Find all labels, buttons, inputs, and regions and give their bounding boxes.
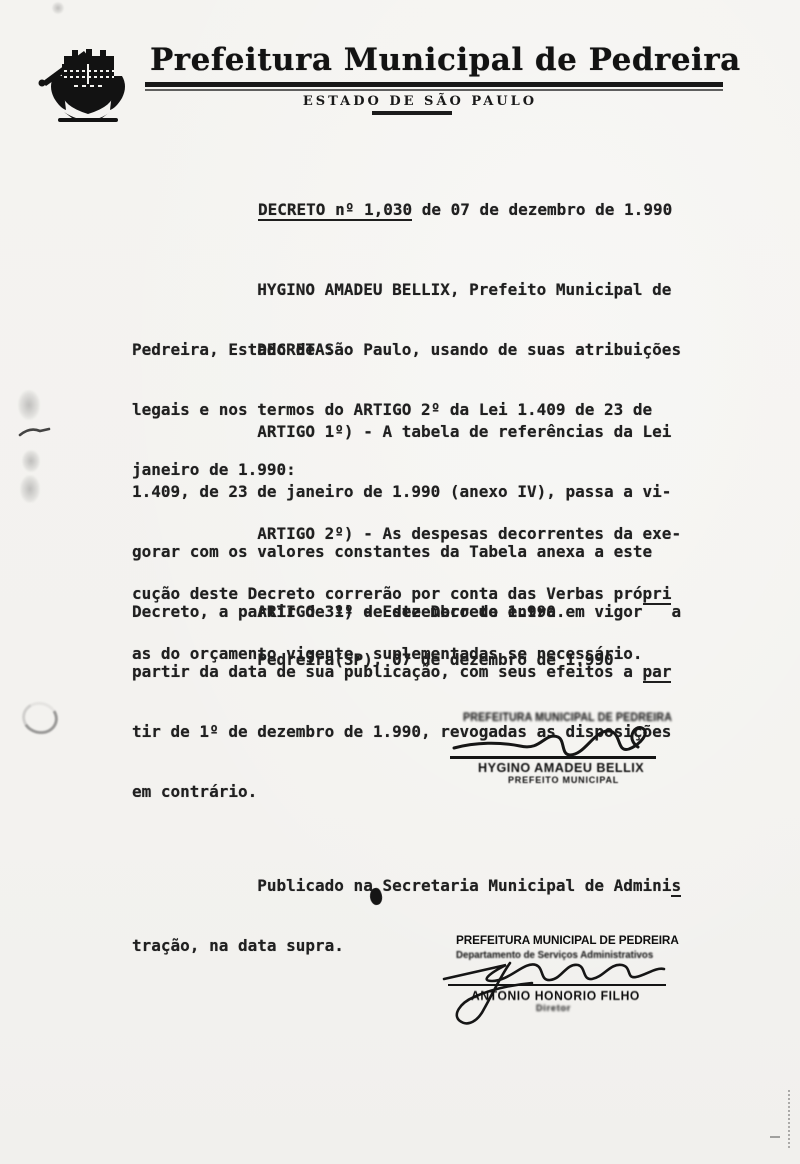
municipal-coat-of-arms-icon	[34, 34, 140, 124]
decree-line-text: Publicado na Secretaria Municipal de Adm…	[132, 876, 671, 895]
hole-punch-mark	[19, 698, 62, 738]
mayor-name: HYGINO AMADEU BELLIX	[478, 760, 644, 775]
scan-smudge	[22, 450, 40, 472]
letterhead-rule-echo	[145, 89, 723, 91]
decree-line: ARTIGO 2º) - As despesas decorrentes da …	[132, 524, 732, 544]
scan-smudge	[20, 475, 40, 503]
letterhead-rule	[145, 82, 723, 87]
decree-line: Publicado na Secretaria Municipal de Adm…	[132, 876, 732, 896]
subtitle-underline	[372, 111, 452, 115]
director-name: ANTONIO HONORIO FILHO	[471, 989, 640, 1003]
decree-line: em contrário.	[132, 782, 732, 802]
mayor-role: PREFEITO MUNICIPAL	[508, 775, 619, 785]
decree-line: ARTIGO 3º) - Este Decreto entra em vigor…	[132, 602, 732, 622]
decree-dateline: Pedreira(SP), 07 de dezembro de 1.990	[132, 650, 732, 670]
scanned-decree-page: Prefeitura Municipal de Pedreira ESTADO …	[0, 0, 800, 1164]
decree-date: de 07 de dezembro de 1.990	[412, 200, 672, 219]
decree-line: ARTIGO 1º) - A tabela de referências da …	[132, 422, 732, 442]
scan-smudge	[18, 390, 40, 420]
signature-rule	[450, 756, 656, 759]
letterhead-title: Prefeitura Municipal de Pedreira	[150, 42, 730, 78]
letterhead-subtitle: ESTADO DE SÃO PAULO	[240, 94, 600, 109]
signature-rule	[448, 984, 666, 986]
decreta-label: DECRETA:	[132, 340, 732, 360]
decree-number: DECRETO nº 1,030	[258, 200, 412, 221]
hyphenation-underline: s	[671, 876, 681, 897]
scan-edge-mark	[788, 1090, 790, 1148]
scan-edge-mark	[770, 1136, 780, 1138]
director-role: Diretor	[536, 1003, 571, 1013]
stamp-header-admin: PREFEITURA MUNICIPAL DE PEDREIRA	[456, 933, 679, 947]
scan-speck	[52, 2, 64, 14]
decree-line: HYGINO AMADEU BELLIX, Prefeito Municipal…	[132, 280, 732, 300]
decree-heading: DECRETO nº 1,030 de 07 de dezembro de 1.…	[258, 200, 800, 220]
pen-tick-mark	[18, 424, 52, 440]
artigo-3: ARTIGO 3º) - Este Decreto entra em vigor…	[132, 562, 732, 842]
